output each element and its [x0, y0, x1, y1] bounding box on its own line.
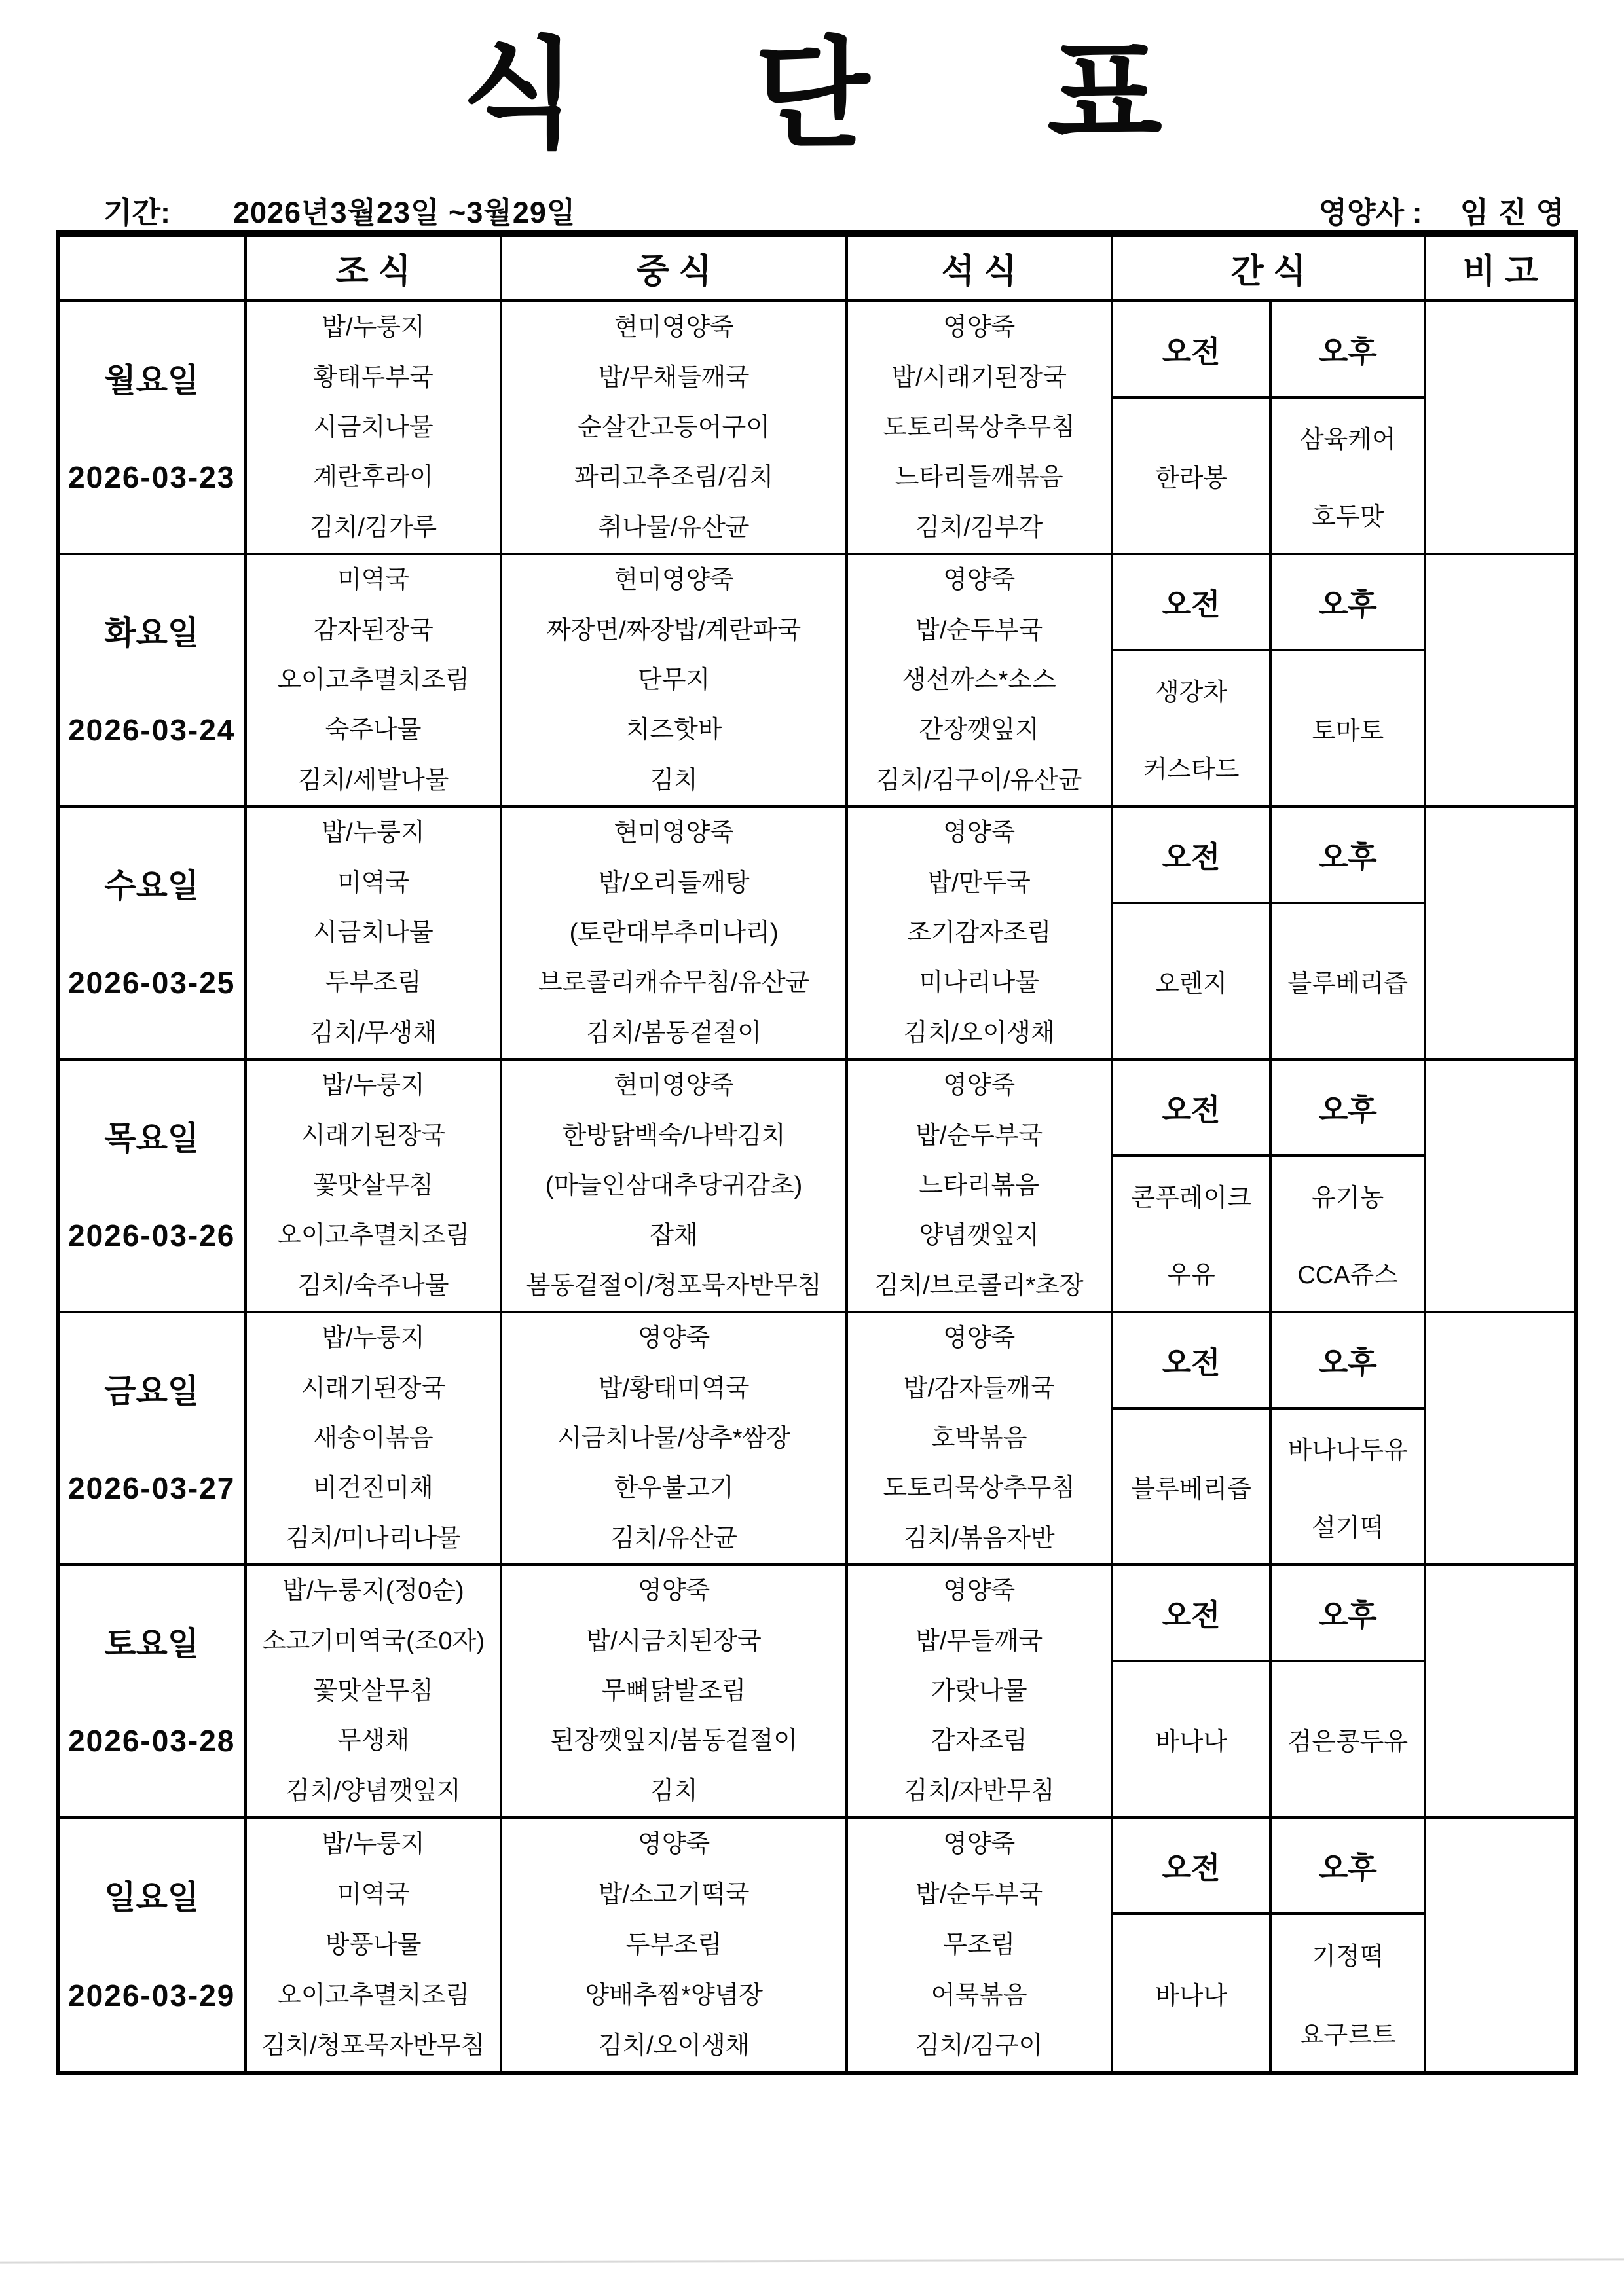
menu-item: 시금치나물: [313, 920, 434, 945]
period-label: 기간:: [103, 189, 170, 231]
snack-content: 바나나: [1113, 1662, 1270, 1816]
snack-item: 삼육케어: [1272, 399, 1424, 476]
menu-item: 소고기미역국(조0자): [262, 1629, 485, 1654]
menu-item: 밥/오리들깨탕: [599, 871, 750, 896]
menu-item: 현미영양죽: [614, 1073, 734, 1098]
snack-content: 블루베리즙: [1272, 904, 1424, 1058]
menu-item: 꽈리고추조림/김치: [574, 465, 773, 490]
snack-content: 오렌지: [1113, 904, 1270, 1058]
page-title: 식 단 표: [0, 27, 1624, 164]
snack-item: 블루베리즙: [1113, 1410, 1270, 1563]
menu-item: 김치/유산균: [610, 1526, 737, 1551]
note-cell: [1426, 1566, 1574, 1816]
dietitian-label: 영양사 :: [1319, 189, 1422, 231]
menu-item: 단무지: [638, 668, 710, 693]
dinner-cell: 영양죽밥/시래기된장국도토리묵상추무침느타리들깨볶음김치/김부각: [848, 302, 1113, 553]
menu-item: 밥/시금치된장국: [586, 1629, 762, 1654]
menu-item: 영양죽: [943, 1832, 1015, 1857]
menu-item: 시금치나물: [313, 415, 434, 440]
menu-item: 밥/누룽지: [322, 1832, 424, 1857]
snack-content: 바나나두유설기떡: [1272, 1410, 1424, 1563]
menu-item: 꽃맛살무침: [313, 1173, 434, 1198]
day-row: 월요일2026-03-23밥/누룽지황태두부국시금치나물계란후라이김치/김가루현…: [60, 302, 1574, 555]
snack-am-cell: 오전오렌지: [1113, 808, 1272, 1058]
menu-item: 김치/김가루: [310, 515, 437, 540]
snack-pm-cell: 오후유기농CCA쥬스: [1272, 1061, 1426, 1311]
menu-item: 영양죽: [638, 1832, 710, 1857]
menu-item: 밥/감자들깨국: [904, 1376, 1055, 1401]
snack-content: 유기농CCA쥬스: [1272, 1157, 1424, 1311]
dietitian-group: 영양사 : 임 진 영: [1319, 189, 1565, 231]
breakfast-cell: 밥/누룽지황태두부국시금치나물계란후라이김치/김가루: [247, 302, 503, 553]
menu-item: 방풍나물: [325, 1933, 422, 1958]
menu-item: 양배추찜*양념장: [585, 1983, 763, 2008]
header-breakfast: 조 식: [247, 237, 503, 299]
menu-item: 계란후라이: [313, 465, 434, 490]
menu-item: 한우불고기: [614, 1476, 734, 1501]
meal-plan-document: 식 단 표 기간: 2026년3월23일 ~3월29일 영양사 : 임 진 영 …: [0, 0, 1624, 2296]
snack-content: 콘푸레이크우유: [1113, 1157, 1270, 1311]
dinner-cell: 영양죽밥/순두부국무조림어묵볶음김치/김구이: [848, 1819, 1113, 2071]
breakfast-cell: 밥/누룽지(정0순)소고기미역국(조0자)꽃맛살무침무생채김치/양념깻잎지: [247, 1566, 503, 1816]
header-note: 비 고: [1426, 237, 1574, 299]
day-cell: 수요일2026-03-25: [60, 808, 247, 1058]
snack-period-label: 오전: [1113, 1313, 1270, 1410]
menu-item: 영양죽: [943, 315, 1015, 340]
snack-item: 유기농: [1272, 1157, 1424, 1234]
menu-item: 영양죽: [943, 568, 1015, 592]
snack-period-label: 오후: [1272, 1313, 1424, 1410]
header-lunch: 중 식: [502, 237, 847, 299]
note-cell: [1426, 302, 1574, 553]
snack-item: 기정떡: [1272, 1915, 1424, 1994]
day-row: 금요일2026-03-27밥/누룽지시래기된장국새송이볶음비건진미채김치/미나리…: [60, 1313, 1574, 1566]
day-date: 2026-03-26: [60, 1218, 244, 1253]
header-dinner: 석 식: [848, 237, 1113, 299]
menu-item: 도토리묵상추무침: [883, 1476, 1075, 1501]
dinner-cell: 영양죽밥/만두국조기감자조림미나리나물김치/오이생채: [848, 808, 1113, 1058]
snack-period-label: 오전: [1113, 1061, 1270, 1157]
snack-pm-cell: 오후토마토: [1272, 555, 1426, 805]
snack-am-cell: 오전바나나: [1113, 1566, 1272, 1816]
lunch-cell: 현미영양죽한방닭백숙/나박김치(마늘인삼대추당귀감초)잡채봄동겉절이/청포묵자반…: [502, 1061, 847, 1311]
menu-item: 된장깻잎지/봄동겉절이: [550, 1728, 798, 1753]
menu-item: 미역국: [337, 568, 409, 592]
menu-item: 짜장면/짜장밥/계란파국: [547, 618, 801, 643]
day-cell: 일요일2026-03-29: [60, 1819, 247, 2071]
snack-am-cell: 오전바나나: [1113, 1819, 1272, 2071]
menu-item: 순살간고등어구이: [578, 415, 770, 440]
menu-item: 감자조림: [931, 1728, 1027, 1753]
day-date: 2026-03-24: [60, 712, 244, 748]
menu-item: 밥/만두국: [928, 871, 1031, 896]
menu-item: 밥/순두부국: [915, 618, 1043, 643]
menu-item: 숙주나물: [325, 718, 422, 742]
menu-item: 김치: [650, 768, 697, 793]
lunch-cell: 영양죽밥/황태미역국시금치나물/상추*쌈장한우불고기김치/유산균: [502, 1313, 847, 1563]
menu-item: 밥/소고기떡국: [599, 1882, 750, 1907]
menu-item: 도토리묵상추무침: [883, 415, 1075, 440]
menu-item: 호박볶음: [931, 1426, 1027, 1451]
menu-item: 현미영양죽: [614, 820, 734, 845]
note-cell: [1426, 555, 1574, 805]
day-name: 수요일: [60, 860, 244, 907]
snack-pm-cell: 오후검은콩두유: [1272, 1566, 1426, 1816]
snack-pm-cell: 오후블루베리즙: [1272, 808, 1426, 1058]
snack-item: 오렌지: [1113, 904, 1270, 1058]
breakfast-cell: 밥/누룽지시래기된장국꽃맛살무침오이고추멸치조림김치/숙주나물: [247, 1061, 503, 1311]
menu-item: 밥/순두부국: [915, 1123, 1043, 1148]
day-cell: 화요일2026-03-24: [60, 555, 247, 805]
snack-period-label: 오후: [1272, 1566, 1424, 1662]
day-row: 화요일2026-03-24미역국감자된장국오이고추멸치조림숙주나물김치/세발나물…: [60, 555, 1574, 808]
breakfast-cell: 밥/누룽지시래기된장국새송이볶음비건진미채김치/미나리나물: [247, 1313, 503, 1563]
dietitian-name: 임 진 영: [1460, 189, 1565, 231]
snack-item: 설기떡: [1272, 1487, 1424, 1564]
snack-content: 검은콩두유: [1272, 1662, 1424, 1816]
dinner-cell: 영양죽밥/감자들깨국호박볶음도토리묵상추무침김치/볶음자반: [848, 1313, 1113, 1563]
menu-item: 새송이볶음: [313, 1426, 434, 1451]
snack-item: 바나나두유: [1272, 1410, 1424, 1487]
menu-item: 김치/숙주나물: [298, 1273, 449, 1298]
snack-item: 토마토: [1272, 651, 1424, 805]
menu-item: 미역국: [337, 1882, 409, 1907]
day-cell: 금요일2026-03-27: [60, 1313, 247, 1563]
breakfast-cell: 미역국감자된장국오이고추멸치조림숙주나물김치/세발나물: [247, 555, 503, 805]
menu-item: 영양죽: [638, 1578, 710, 1603]
menu-item: 치즈핫바: [626, 718, 722, 742]
menu-item: 취나물/유산균: [599, 515, 750, 540]
snack-item: 바나나: [1113, 1662, 1270, 1816]
menu-item: 비건진미채: [313, 1476, 434, 1501]
table-header-row: 조 식 중 식 석 식 간 식 비 고: [60, 237, 1574, 302]
menu-item: 현미영양죽: [614, 315, 734, 340]
menu-item: 밥/무채들깨국: [599, 365, 750, 390]
dinner-cell: 영양죽밥/순두부국느타리볶음양념깻잎지김치/브로콜리*초장: [848, 1061, 1113, 1311]
menu-item: 양념깻잎지: [919, 1223, 1039, 1248]
menu-item: 김치: [650, 1779, 697, 1804]
menu-item: 김치/세발나물: [298, 768, 449, 793]
day-cell: 월요일2026-03-23: [60, 302, 247, 553]
menu-item: 영양죽: [943, 1578, 1015, 1603]
note-cell: [1426, 1061, 1574, 1311]
menu-item: 밥/시래기된장국: [891, 365, 1067, 390]
menu-item: 어묵볶음: [931, 1983, 1027, 2008]
scan-artifact-line: [0, 2258, 1624, 2263]
day-name: 금요일: [60, 1365, 244, 1412]
menu-item: 영양죽: [943, 1326, 1015, 1351]
snack-item: 한라봉: [1113, 399, 1270, 553]
menu-item: 무뼈닭발조림: [602, 1679, 746, 1704]
snack-am-cell: 오전한라봉: [1113, 302, 1272, 553]
menu-item: 봄동겉절이/청포묵자반무침: [526, 1273, 822, 1298]
meta-row: 기간: 2026년3월23일 ~3월29일 영양사 : 임 진 영: [103, 189, 1565, 231]
menu-item: 무조림: [943, 1933, 1015, 1958]
snack-am-cell: 오전블루베리즙: [1113, 1313, 1272, 1563]
menu-item: 무생채: [337, 1728, 409, 1753]
snack-content: 바나나: [1113, 1915, 1270, 2071]
snack-period-label: 오후: [1272, 808, 1424, 904]
snack-item: 커스타드: [1113, 729, 1270, 806]
snack-item: 검은콩두유: [1272, 1662, 1424, 1816]
snack-am-cell: 오전콘푸레이크우유: [1113, 1061, 1272, 1311]
lunch-cell: 현미영양죽밥/무채들깨국순살간고등어구이꽈리고추조림/김치취나물/유산균: [502, 302, 847, 553]
snack-item: 우유: [1113, 1234, 1270, 1311]
day-name: 목요일: [60, 1112, 244, 1159]
menu-item: 오이고추멸치조림: [277, 1983, 470, 2008]
note-cell: [1426, 1819, 1574, 2071]
day-name: 토요일: [60, 1618, 244, 1665]
menu-item: 밥/무들깨국: [915, 1629, 1043, 1654]
header-snack: 간 식: [1113, 237, 1427, 299]
menu-item: 김치/오이생채: [904, 1021, 1055, 1046]
snack-period-label: 오전: [1113, 808, 1270, 904]
menu-item: 미역국: [337, 871, 409, 896]
snack-item: 생강차: [1113, 651, 1270, 729]
menu-item: 김치/볶음자반: [904, 1526, 1055, 1551]
day-name: 화요일: [60, 607, 244, 654]
menu-item: 김치/오이생채: [599, 2033, 750, 2058]
menu-item: 김치/미나리나물: [286, 1526, 461, 1551]
menu-item: 밥/누룽지: [322, 820, 424, 845]
menu-item: 밥/누룽지: [322, 315, 424, 340]
menu-item: 오이고추멸치조림: [277, 1223, 470, 1248]
snack-period-label: 오전: [1113, 1819, 1270, 1915]
day-row: 수요일2026-03-25밥/누룽지미역국시금치나물두부조림김치/무생채현미영양…: [60, 808, 1574, 1061]
dinner-cell: 영양죽밥/무들깨국가랏나물감자조림김치/자반무침: [848, 1566, 1113, 1816]
snack-item: 바나나: [1113, 1915, 1270, 2071]
menu-item: 생선까스*소스: [902, 668, 1056, 693]
menu-item: 브로콜리캐슈무침/유산균: [538, 970, 809, 995]
day-row: 토요일2026-03-28밥/누룽지(정0순)소고기미역국(조0자)꽃맛살무침무…: [60, 1566, 1574, 1819]
menu-item: 시래기된장국: [301, 1123, 445, 1148]
note-cell: [1426, 808, 1574, 1058]
menu-item: 김치/청포묵자반무침: [262, 2033, 485, 2058]
menu-item: 밥/순두부국: [915, 1882, 1043, 1907]
menu-item: 잡채: [650, 1223, 697, 1248]
meal-table: 조 식 중 식 석 식 간 식 비 고 월요일2026-03-23밥/누룽지황태…: [56, 230, 1578, 2075]
snack-pm-cell: 오후기정떡요구르트: [1272, 1819, 1426, 2071]
menu-item: 김치/양념깻잎지: [286, 1779, 461, 1804]
day-date: 2026-03-23: [60, 460, 244, 495]
day-date: 2026-03-28: [60, 1723, 244, 1758]
menu-item: 느타리들깨볶음: [895, 465, 1063, 490]
snack-content: 블루베리즙: [1113, 1410, 1270, 1563]
day-cell: 토요일2026-03-28: [60, 1566, 247, 1816]
day-date: 2026-03-25: [60, 965, 244, 1000]
menu-item: 느타리볶음: [919, 1173, 1039, 1198]
snack-content: 생강차커스타드: [1113, 651, 1270, 805]
snack-am-cell: 오전생강차커스타드: [1113, 555, 1272, 805]
breakfast-cell: 밥/누룽지미역국시금치나물두부조림김치/무생채: [247, 808, 503, 1058]
lunch-cell: 영양죽밥/시금치된장국무뼈닭발조림된장깻잎지/봄동겉절이김치: [502, 1566, 847, 1816]
snack-item: 요구르트: [1272, 1994, 1424, 2072]
menu-item: (토란대부추미나리): [570, 920, 779, 945]
menu-item: 밥/황태미역국: [599, 1376, 750, 1401]
menu-item: 김치/브로콜리*초장: [875, 1273, 1084, 1298]
day-date: 2026-03-29: [60, 1978, 244, 2013]
day-row: 목요일2026-03-26밥/누룽지시래기된장국꽃맛살무침오이고추멸치조림김치/…: [60, 1061, 1574, 1313]
menu-item: 김치/김부각: [915, 515, 1043, 540]
snack-pm-cell: 오후바나나두유설기떡: [1272, 1313, 1426, 1563]
snack-period-label: 오전: [1113, 555, 1270, 651]
snack-item: CCA쥬스: [1272, 1234, 1424, 1311]
snack-period-label: 오전: [1113, 1566, 1270, 1662]
menu-item: 영양죽: [943, 820, 1015, 845]
day-cell: 목요일2026-03-26: [60, 1061, 247, 1311]
snack-content: 기정떡요구르트: [1272, 1915, 1424, 2071]
menu-item: 미나리나물: [919, 970, 1039, 995]
menu-item: 두부조림: [626, 1933, 722, 1958]
lunch-cell: 영양죽밥/소고기떡국두부조림양배추찜*양념장김치/오이생채: [502, 1819, 847, 2071]
menu-item: 꽃맛살무침: [313, 1679, 434, 1704]
day-date: 2026-03-27: [60, 1470, 244, 1506]
menu-item: 김치/무생채: [310, 1021, 437, 1046]
period-value: 2026년3월23일 ~3월29일: [233, 189, 576, 231]
menu-item: 두부조림: [325, 970, 422, 995]
snack-item: 호두맛: [1272, 476, 1424, 553]
lunch-cell: 현미영양죽짜장면/짜장밥/계란파국단무지치즈핫바김치: [502, 555, 847, 805]
menu-item: 밥/누룽지: [322, 1073, 424, 1098]
snack-content: 한라봉: [1113, 399, 1270, 553]
snack-item: 콘푸레이크: [1113, 1157, 1270, 1234]
menu-item: (마늘인삼대추당귀감초): [545, 1173, 802, 1198]
dinner-cell: 영양죽밥/순두부국생선까스*소스간장깻잎지김치/김구이/유산균: [848, 555, 1113, 805]
snack-period-label: 오후: [1272, 1819, 1424, 1915]
menu-item: 영양죽: [943, 1073, 1015, 1098]
menu-item: 김치/김구이/유산균: [876, 768, 1082, 793]
menu-item: 오이고추멸치조림: [277, 668, 470, 693]
snack-period-label: 오후: [1272, 555, 1424, 651]
menu-item: 시금치나물/상추*쌈장: [557, 1426, 790, 1451]
snack-period-label: 오전: [1113, 302, 1270, 399]
menu-item: 가랏나물: [931, 1679, 1027, 1704]
snack-period-label: 오후: [1272, 302, 1424, 399]
header-day-cell: [60, 237, 247, 299]
menu-item: 밥/누룽지(정0순): [282, 1578, 464, 1603]
snack-period-label: 오후: [1272, 1061, 1424, 1157]
menu-item: 시래기된장국: [301, 1376, 445, 1401]
day-name: 일요일: [60, 1871, 244, 1918]
menu-item: 영양죽: [638, 1326, 710, 1351]
lunch-cell: 현미영양죽밥/오리들깨탕(토란대부추미나리)브로콜리캐슈무침/유산균김치/봄동겉…: [502, 808, 847, 1058]
menu-item: 김치/봄동겉절이: [586, 1021, 762, 1046]
snack-content: 삼육케어호두맛: [1272, 399, 1424, 553]
table-rows: 월요일2026-03-23밥/누룽지황태두부국시금치나물계란후라이김치/김가루현…: [60, 302, 1574, 2071]
menu-item: 김치/자반무침: [904, 1779, 1055, 1804]
snack-item: 블루베리즙: [1272, 904, 1424, 1058]
breakfast-cell: 밥/누룽지미역국방풍나물오이고추멸치조림김치/청포묵자반무침: [247, 1819, 503, 2071]
menu-item: 밥/누룽지: [322, 1326, 424, 1351]
period-group: 기간: 2026년3월23일 ~3월29일: [103, 189, 576, 231]
snack-content: 토마토: [1272, 651, 1424, 805]
menu-item: 감자된장국: [313, 618, 434, 643]
menu-item: 김치/김구이: [915, 2033, 1043, 2058]
menu-item: 한방닭백숙/나박김치: [563, 1123, 786, 1148]
note-cell: [1426, 1313, 1574, 1563]
day-row: 일요일2026-03-29밥/누룽지미역국방풍나물오이고추멸치조림김치/청포묵자…: [60, 1819, 1574, 2071]
menu-item: 황태두부국: [313, 365, 434, 390]
day-name: 월요일: [60, 354, 244, 401]
menu-item: 조기감자조림: [907, 920, 1051, 945]
menu-item: 간장깻잎지: [919, 718, 1039, 742]
menu-item: 현미영양죽: [614, 568, 734, 592]
snack-pm-cell: 오후삼육케어호두맛: [1272, 302, 1426, 553]
